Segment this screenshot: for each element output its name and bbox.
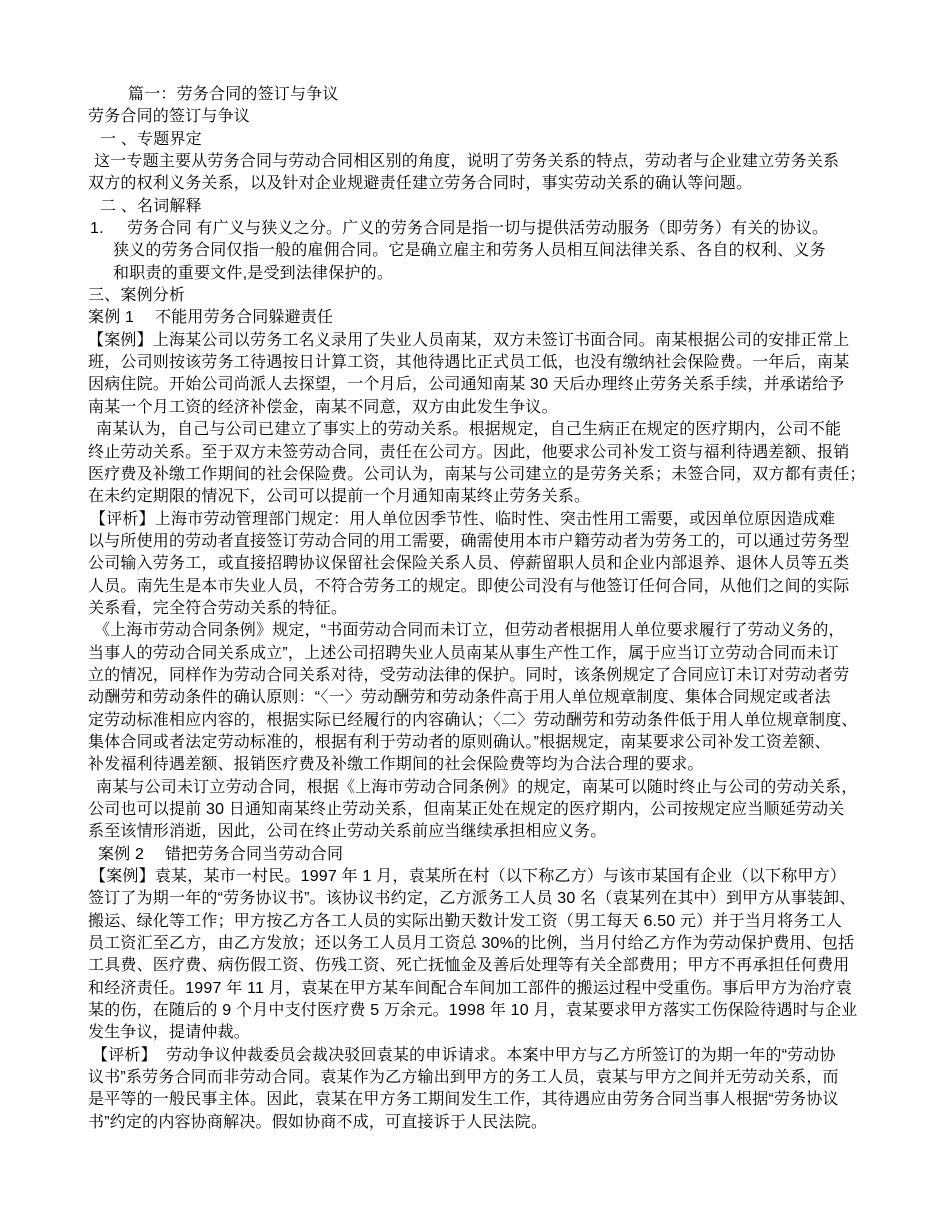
text-line: 因病住院。开始公司尚派人去探望，一个月后，公司通知南某 30 天后办理终止劳务关… — [88, 374, 888, 396]
text-line: 这一专题主要从劳务合同与劳动合同相区别的角度，说明了劳务关系的特点，劳动者与企业… — [88, 151, 888, 173]
text-line: 狭义的劳务合同仅指一般的雇佣合同。它是确立雇主和劳务人员相互间法律关系、各自的权… — [88, 240, 888, 262]
text-line: 是平等的一般民事主体。因此，袁某在甲方务工期间发生工作，其待遇应由劳务合同当事人… — [88, 1089, 888, 1111]
text-line: 工具费、医疗费、病伤假工资、伤残工资、死亡抚恤金及善后处理等有关全部费用；甲方不… — [88, 955, 888, 977]
text-line: 篇一：劳务合同的签订与争议 — [88, 84, 888, 106]
text-line: 1. 劳务合同 有广义与狭义之分。广义的劳务合同是指一切与提供活劳动服务（即劳务… — [88, 218, 888, 240]
text-line: 案例 2 错把劳务合同当劳动合同 — [88, 844, 888, 866]
text-line: 南某认为，自己与公司已建立了事实上的劳动关系。根据规定，自己生病正在规定的医疗期… — [88, 419, 888, 441]
document-body: 篇一：劳务合同的签订与争议劳务合同的签订与争议一 、专题界定这一专题主要从劳务合… — [88, 84, 888, 1134]
text-line: 当事人的劳动合同关系成立”，上述公司招聘失业人员南某从事生产性工作，属于应当订立… — [88, 643, 888, 665]
text-line: 搬运、绿化等工作；甲方按乙方各工人员的实际出勤天数计发工资（男工每天 6.50 … — [88, 911, 888, 933]
text-line: 二 、名词解释 — [88, 196, 888, 218]
text-line: 医疗费及补缴工作期间的社会保险费。公司认为，南某与公司建立的是劳务关系；未签合同… — [88, 464, 888, 486]
text-line: 发生争议，提请仲裁。 — [88, 1022, 888, 1044]
text-line: 【案例】上海某公司以劳务工名义录用了失业人员南某，双方未签订书面合同。南某根据公… — [88, 330, 888, 352]
text-line: 某的伤，在随后的 9 个月中支付医疗费 5 万余元。1998 年 10 月，袁某… — [88, 1000, 888, 1022]
text-line: 和职责的重要文件,是受到法律保护的。 — [88, 263, 888, 285]
text-line: 和经济责任。1997 年 11 月，袁某在甲方某车间配合车间加工部件的搬运过程中… — [88, 978, 888, 1000]
text-line: 补发福利待遇差额、报销医疗费及补缴工作期间的社会保险费等均为合法合理的要求。 — [88, 754, 888, 776]
text-line: 系至该情形消逝，因此，公司在终止劳动关系前应当继续承担相应义务。 — [88, 821, 888, 843]
text-line: 南某与公司未订立劳动合同，根据《上海市劳动合同条例》的规定，南某可以随时终止与公… — [88, 777, 888, 799]
text-line: 【评析】 劳动争议仲裁委员会裁决驳回袁某的申诉请求。本案中甲方与乙方所签订的为期… — [88, 1045, 888, 1067]
text-line: 员工资汇至乙方，由乙方发放；还以务工人员月工资总 30%的比例，当月付给乙方作为… — [88, 933, 888, 955]
text-line: 以与所使用的劳动者直接签订劳动合同的用工需要，确需使用本市户籍劳动者为劳务工的，… — [88, 531, 888, 553]
text-line: 【案例】袁某，某市一村民。1997 年 1 月，袁某所在村（以下称乙方）与该市某… — [88, 866, 888, 888]
text-line: 立的情况，同样作为劳动合同关系对待，受劳动法律的保护。同时，该条例规定了合同应订… — [88, 665, 888, 687]
text-line: 终止劳动关系。至于双方未签劳动合同，责任在公司方。因此，他要求公司补发工资与福利… — [88, 442, 888, 464]
text-line: 一 、专题界定 — [88, 129, 888, 151]
text-line: 在未约定期限的情况下，公司可以提前一个月通知南某终止劳务关系。 — [88, 486, 888, 508]
text-line: 人员。南先生是本市失业人员，不符合劳务工的规定。即使公司没有与他签订任何合同，从… — [88, 576, 888, 598]
text-line: 双方的权利义务关系，以及针对企业规避责任建立劳务合同时，事实劳动关系的确认等问题… — [88, 173, 888, 195]
text-line: 关系看，完全符合劳动关系的特征。 — [88, 598, 888, 620]
text-line: 书”约定的内容协商解决。假如协商不成，可直接诉于人民法院。 — [88, 1112, 888, 1134]
text-line: 公司也可以提前 30 日通知南某终止劳动关系，但南某正处在规定的医疗期内，公司按… — [88, 799, 888, 821]
text-line: 《上海市劳动合同条例》规定，“书面劳动合同而未订立，但劳动者根据用人单位要求履行… — [88, 620, 888, 642]
text-line: 集体合同或者法定劳动标准的，根据有利于劳动者的原则确认。”根据规定，南某要求公司… — [88, 732, 888, 754]
document-page: 篇一：劳务合同的签订与争议劳务合同的签订与争议一 、专题界定这一专题主要从劳务合… — [0, 0, 950, 1230]
text-line: 议书”系劳务合同而非劳动合同。袁某作为乙方输出到甲方的务工人员，袁某与甲方之间并… — [88, 1067, 888, 1089]
text-line: 班，公司则按该劳务工待遇按日计算工资，其他待遇比正式员工低，也没有缴纳社会保险费… — [88, 352, 888, 374]
text-line: 签订了为期一年的“劳务协议书”。该协议书约定，乙方派务工人员 30 名（袁某列在… — [88, 888, 888, 910]
text-line: 定劳动标准相应内容的，根据实际已经履行的内容确认；〈二〉劳动酬劳和劳动条件低于用… — [88, 710, 888, 732]
text-line: 【评析】上海市劳动管理部门规定：用人单位因季节性、临时性、突击性用工需要，或因单… — [88, 509, 888, 531]
text-line: 三、案例分析 — [88, 285, 888, 307]
text-line: 动酬劳和劳动条件的确认原则：“〈一〉劳动酬劳和劳动条件高于用人单位规章制度、集体… — [88, 687, 888, 709]
text-line: 公司输入劳务工，或直接招聘协议保留社会保险关系人员、停薪留职人员和企业内部退养、… — [88, 553, 888, 575]
text-line: 劳务合同的签订与争议 — [88, 106, 888, 128]
text-line: 案例 1 不能用劳务合同躲避责任 — [88, 307, 888, 329]
text-line: 南某一个月工资的经济补偿金，南某不同意，双方由此发生争议。 — [88, 397, 888, 419]
